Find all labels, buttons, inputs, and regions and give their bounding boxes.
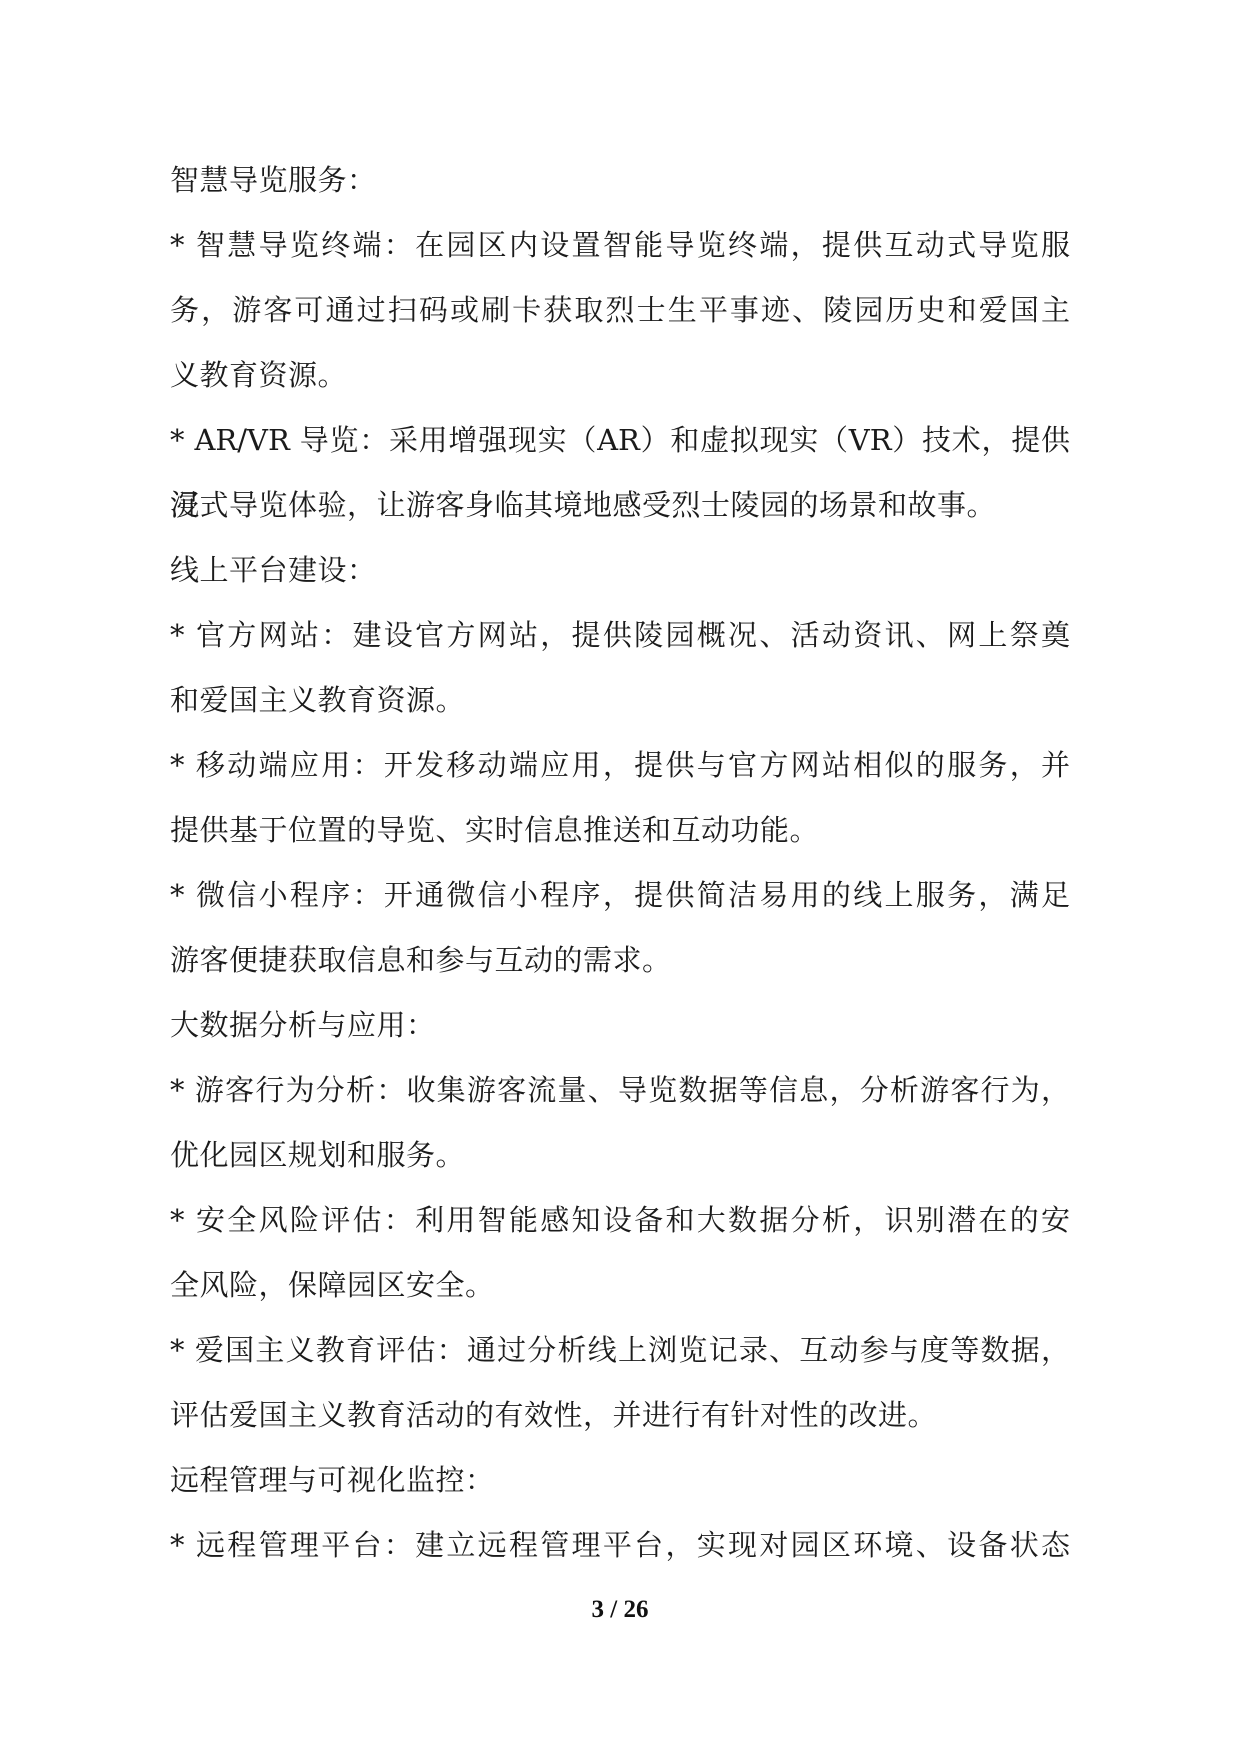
text-line: * 远程管理平台：建立远程管理平台，实现对园区环境、设备状态 <box>170 1513 1070 1578</box>
text-line: 评估爱国主义教育活动的有效性，并进行有针对性的改进。 <box>170 1383 1070 1448</box>
text-line: * 爱国主义教育评估：通过分析线上浏览记录、互动参与度等数据， <box>170 1318 1070 1383</box>
text-line: 优化园区规划和服务。 <box>170 1123 1070 1188</box>
text-line: * 官方网站：建设官方网站，提供陵园概况、活动资讯、网上祭奠 <box>170 603 1070 668</box>
text-line: 务，游客可通过扫码或刷卡获取烈士生平事迹、陵园历史和爱国主 <box>170 278 1070 343</box>
document-body: 智慧导览服务：* 智慧导览终端：在园区内设置智能导览终端，提供互动式导览服务，游… <box>170 148 1070 1578</box>
document-page: 智慧导览服务：* 智慧导览终端：在园区内设置智能导览终端，提供互动式导览服务，游… <box>0 0 1240 1753</box>
text-line: 智慧导览服务： <box>170 148 1070 213</box>
text-line: 全风险，保障园区安全。 <box>170 1253 1070 1318</box>
text-line: * 智慧导览终端：在园区内设置智能导览终端，提供互动式导览服 <box>170 213 1070 278</box>
text-line: 游客便捷获取信息和参与互动的需求。 <box>170 928 1070 993</box>
text-line: 提供基于位置的导览、实时信息推送和互动功能。 <box>170 798 1070 863</box>
text-line: * 游客行为分析：收集游客流量、导览数据等信息，分析游客行为， <box>170 1058 1070 1123</box>
text-line: * AR/VR 导览：采用增强现实（AR）和虚拟现实（VR）技术，提供沉 <box>170 408 1070 473</box>
text-line: * 微信小程序：开通微信小程序，提供简洁易用的线上服务，满足 <box>170 863 1070 928</box>
text-line: 浸式导览体验，让游客身临其境地感受烈士陵园的场景和故事。 <box>170 473 1070 538</box>
text-line: * 移动端应用：开发移动端应用，提供与官方网站相似的服务，并 <box>170 733 1070 798</box>
text-line: * 安全风险评估：利用智能感知设备和大数据分析，识别潜在的安 <box>170 1188 1070 1253</box>
text-line: 义教育资源。 <box>170 343 1070 408</box>
text-line: 和爱国主义教育资源。 <box>170 668 1070 733</box>
text-line: 大数据分析与应用： <box>170 993 1070 1058</box>
page-number: 3 / 26 <box>0 1596 1240 1624</box>
text-line: 线上平台建设： <box>170 538 1070 603</box>
text-line: 远程管理与可视化监控： <box>170 1448 1070 1513</box>
